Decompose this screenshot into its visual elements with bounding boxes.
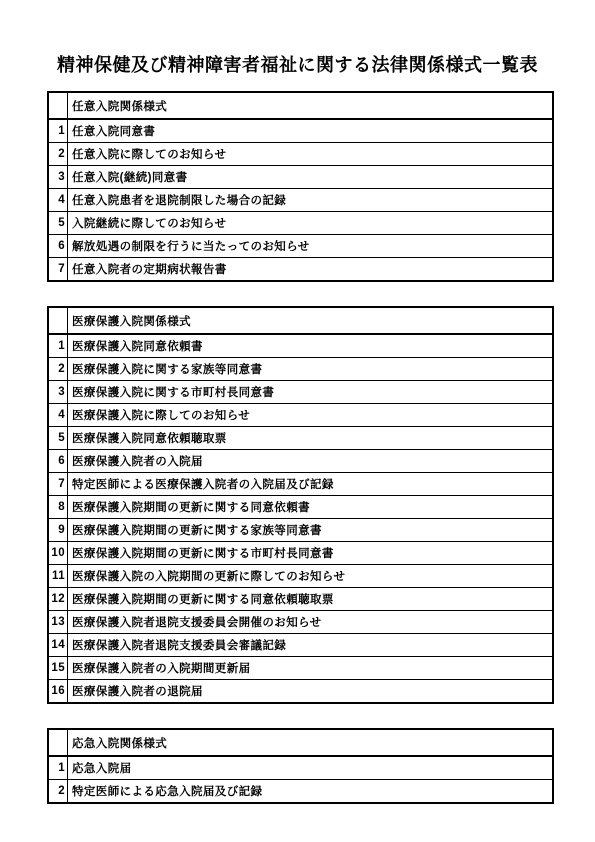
- row-number: 7: [48, 473, 68, 496]
- row-number: 6: [48, 450, 68, 473]
- page-title: 精神保健及び精神障害者福祉に関する法律関係様式一覧表: [0, 0, 595, 77]
- table-row: 6医療保護入院者の入院届: [48, 450, 553, 473]
- table-row: 13医療保護入院者退院支援委員会開催のお知らせ: [48, 611, 553, 634]
- row-number: 8: [48, 496, 68, 519]
- emergency-admission-table-body: 応急入院関係様式 1応急入院届2特定医師による応急入院届及び記録: [48, 729, 553, 803]
- form-name: 医療保護入院期間の更新に関する市町村長同意書: [68, 542, 554, 565]
- table-row: 9医療保護入院期間の更新に関する家族等同意書: [48, 519, 553, 542]
- medical-protection-admission-table: 医療保護入院関係様式 1医療保護入院同意依頼書2医療保護入院に関する家族等同意書…: [47, 306, 554, 704]
- form-name: 任意入院(継続)同意書: [68, 166, 554, 189]
- table-row: 2任意入院に際してのお知らせ: [48, 143, 553, 166]
- form-name: 医療保護入院者退院支援委員会開催のお知らせ: [68, 611, 554, 634]
- table-header-row: 医療保護入院関係様式: [48, 307, 553, 334]
- row-number: 4: [48, 404, 68, 427]
- table-row: 4医療保護入院に際してのお知らせ: [48, 404, 553, 427]
- table-section-title: 医療保護入院関係様式: [68, 307, 554, 334]
- row-number: 6: [48, 235, 68, 258]
- voluntary-admission-table: 任意入院関係様式 1任意入院同意書2任意入院に際してのお知らせ3任意入院(継続)…: [47, 91, 554, 282]
- form-name: 医療保護入院期間の更新に関する同意依頼書: [68, 496, 554, 519]
- tables-container: 任意入院関係様式 1任意入院同意書2任意入院に際してのお知らせ3任意入院(継続)…: [47, 91, 554, 804]
- table-row: 7任意入院者の定期病状報告書: [48, 258, 553, 282]
- row-number: 13: [48, 611, 68, 634]
- row-number: 1: [48, 756, 68, 780]
- table-header-row: 任意入院関係様式: [48, 92, 553, 119]
- voluntary-admission-table-body: 任意入院関係様式 1任意入院同意書2任意入院に際してのお知らせ3任意入院(継続)…: [48, 92, 553, 281]
- row-number: 14: [48, 634, 68, 657]
- table-row: 1応急入院届: [48, 756, 553, 780]
- medical-protection-admission-table-body: 医療保護入院関係様式 1医療保護入院同意依頼書2医療保護入院に関する家族等同意書…: [48, 307, 553, 703]
- table-row: 3任意入院(継続)同意書: [48, 166, 553, 189]
- header-number-cell: [48, 307, 68, 334]
- row-number: 1: [48, 334, 68, 358]
- table-header-row: 応急入院関係様式: [48, 729, 553, 756]
- row-number: 3: [48, 381, 68, 404]
- table-row: 8医療保護入院期間の更新に関する同意依頼書: [48, 496, 553, 519]
- form-name: 医療保護入院同意依頼書: [68, 334, 554, 358]
- form-name: 特定医師による応急入院届及び記録: [68, 780, 554, 804]
- table-row: 10医療保護入院期間の更新に関する市町村長同意書: [48, 542, 553, 565]
- row-number: 4: [48, 189, 68, 212]
- row-number: 2: [48, 143, 68, 166]
- form-name: 医療保護入院者の入院期間更新届: [68, 657, 554, 680]
- form-name: 解放処遇の制限を行うに当たってのお知らせ: [68, 235, 554, 258]
- header-number-cell: [48, 729, 68, 756]
- form-name: 医療保護入院に関する家族等同意書: [68, 358, 554, 381]
- form-name: 医療保護入院に際してのお知らせ: [68, 404, 554, 427]
- document-page: 精神保健及び精神障害者福祉に関する法律関係様式一覧表 任意入院関係様式 1任意入…: [0, 0, 595, 842]
- row-number: 3: [48, 166, 68, 189]
- table-row: 3医療保護入院に関する市町村長同意書: [48, 381, 553, 404]
- row-number: 2: [48, 358, 68, 381]
- form-name: 任意入院に際してのお知らせ: [68, 143, 554, 166]
- form-name: 任意入院者の定期病状報告書: [68, 258, 554, 282]
- form-name: 医療保護入院の入院期間の更新に際してのお知らせ: [68, 565, 554, 588]
- form-name: 医療保護入院期間の更新に関する同意依頼聴取票: [68, 588, 554, 611]
- form-name: 医療保護入院者の入院届: [68, 450, 554, 473]
- row-number: 12: [48, 588, 68, 611]
- table-row: 2特定医師による応急入院届及び記録: [48, 780, 553, 804]
- row-number: 15: [48, 657, 68, 680]
- table-section-title: 応急入院関係様式: [68, 729, 554, 756]
- form-name: 任意入院患者を退院制限した場合の記録: [68, 189, 554, 212]
- form-name: 特定医師による医療保護入院者の入院届及び記録: [68, 473, 554, 496]
- row-number: 1: [48, 119, 68, 143]
- table-row: 1任意入院同意書: [48, 119, 553, 143]
- table-row: 7特定医師による医療保護入院者の入院届及び記録: [48, 473, 553, 496]
- table-row: 16医療保護入院者の退院届: [48, 680, 553, 704]
- table-row: 5医療保護入院同意依頼聴取票: [48, 427, 553, 450]
- form-name: 医療保護入院者の退院届: [68, 680, 554, 704]
- form-name: 任意入院同意書: [68, 119, 554, 143]
- table-row: 2医療保護入院に関する家族等同意書: [48, 358, 553, 381]
- row-number: 5: [48, 212, 68, 235]
- table-row: 4任意入院患者を退院制限した場合の記録: [48, 189, 553, 212]
- form-name: 応急入院届: [68, 756, 554, 780]
- row-number: 11: [48, 565, 68, 588]
- table-row: 6解放処遇の制限を行うに当たってのお知らせ: [48, 235, 553, 258]
- row-number: 16: [48, 680, 68, 704]
- form-name: 医療保護入院期間の更新に関する家族等同意書: [68, 519, 554, 542]
- table-section-title: 任意入院関係様式: [68, 92, 554, 119]
- table-row: 5入院継続に際してのお知らせ: [48, 212, 553, 235]
- header-number-cell: [48, 92, 68, 119]
- form-name: 医療保護入院同意依頼聴取票: [68, 427, 554, 450]
- emergency-admission-table: 応急入院関係様式 1応急入院届2特定医師による応急入院届及び記録: [47, 728, 554, 804]
- table-row: 12医療保護入院期間の更新に関する同意依頼聴取票: [48, 588, 553, 611]
- table-row: 11医療保護入院の入院期間の更新に際してのお知らせ: [48, 565, 553, 588]
- form-name: 入院継続に際してのお知らせ: [68, 212, 554, 235]
- form-name: 医療保護入院に関する市町村長同意書: [68, 381, 554, 404]
- table-row: 15医療保護入院者の入院期間更新届: [48, 657, 553, 680]
- row-number: 10: [48, 542, 68, 565]
- form-name: 医療保護入院者退院支援委員会審議記録: [68, 634, 554, 657]
- row-number: 2: [48, 780, 68, 804]
- row-number: 9: [48, 519, 68, 542]
- row-number: 7: [48, 258, 68, 282]
- table-row: 14医療保護入院者退院支援委員会審議記録: [48, 634, 553, 657]
- row-number: 5: [48, 427, 68, 450]
- table-row: 1医療保護入院同意依頼書: [48, 334, 553, 358]
